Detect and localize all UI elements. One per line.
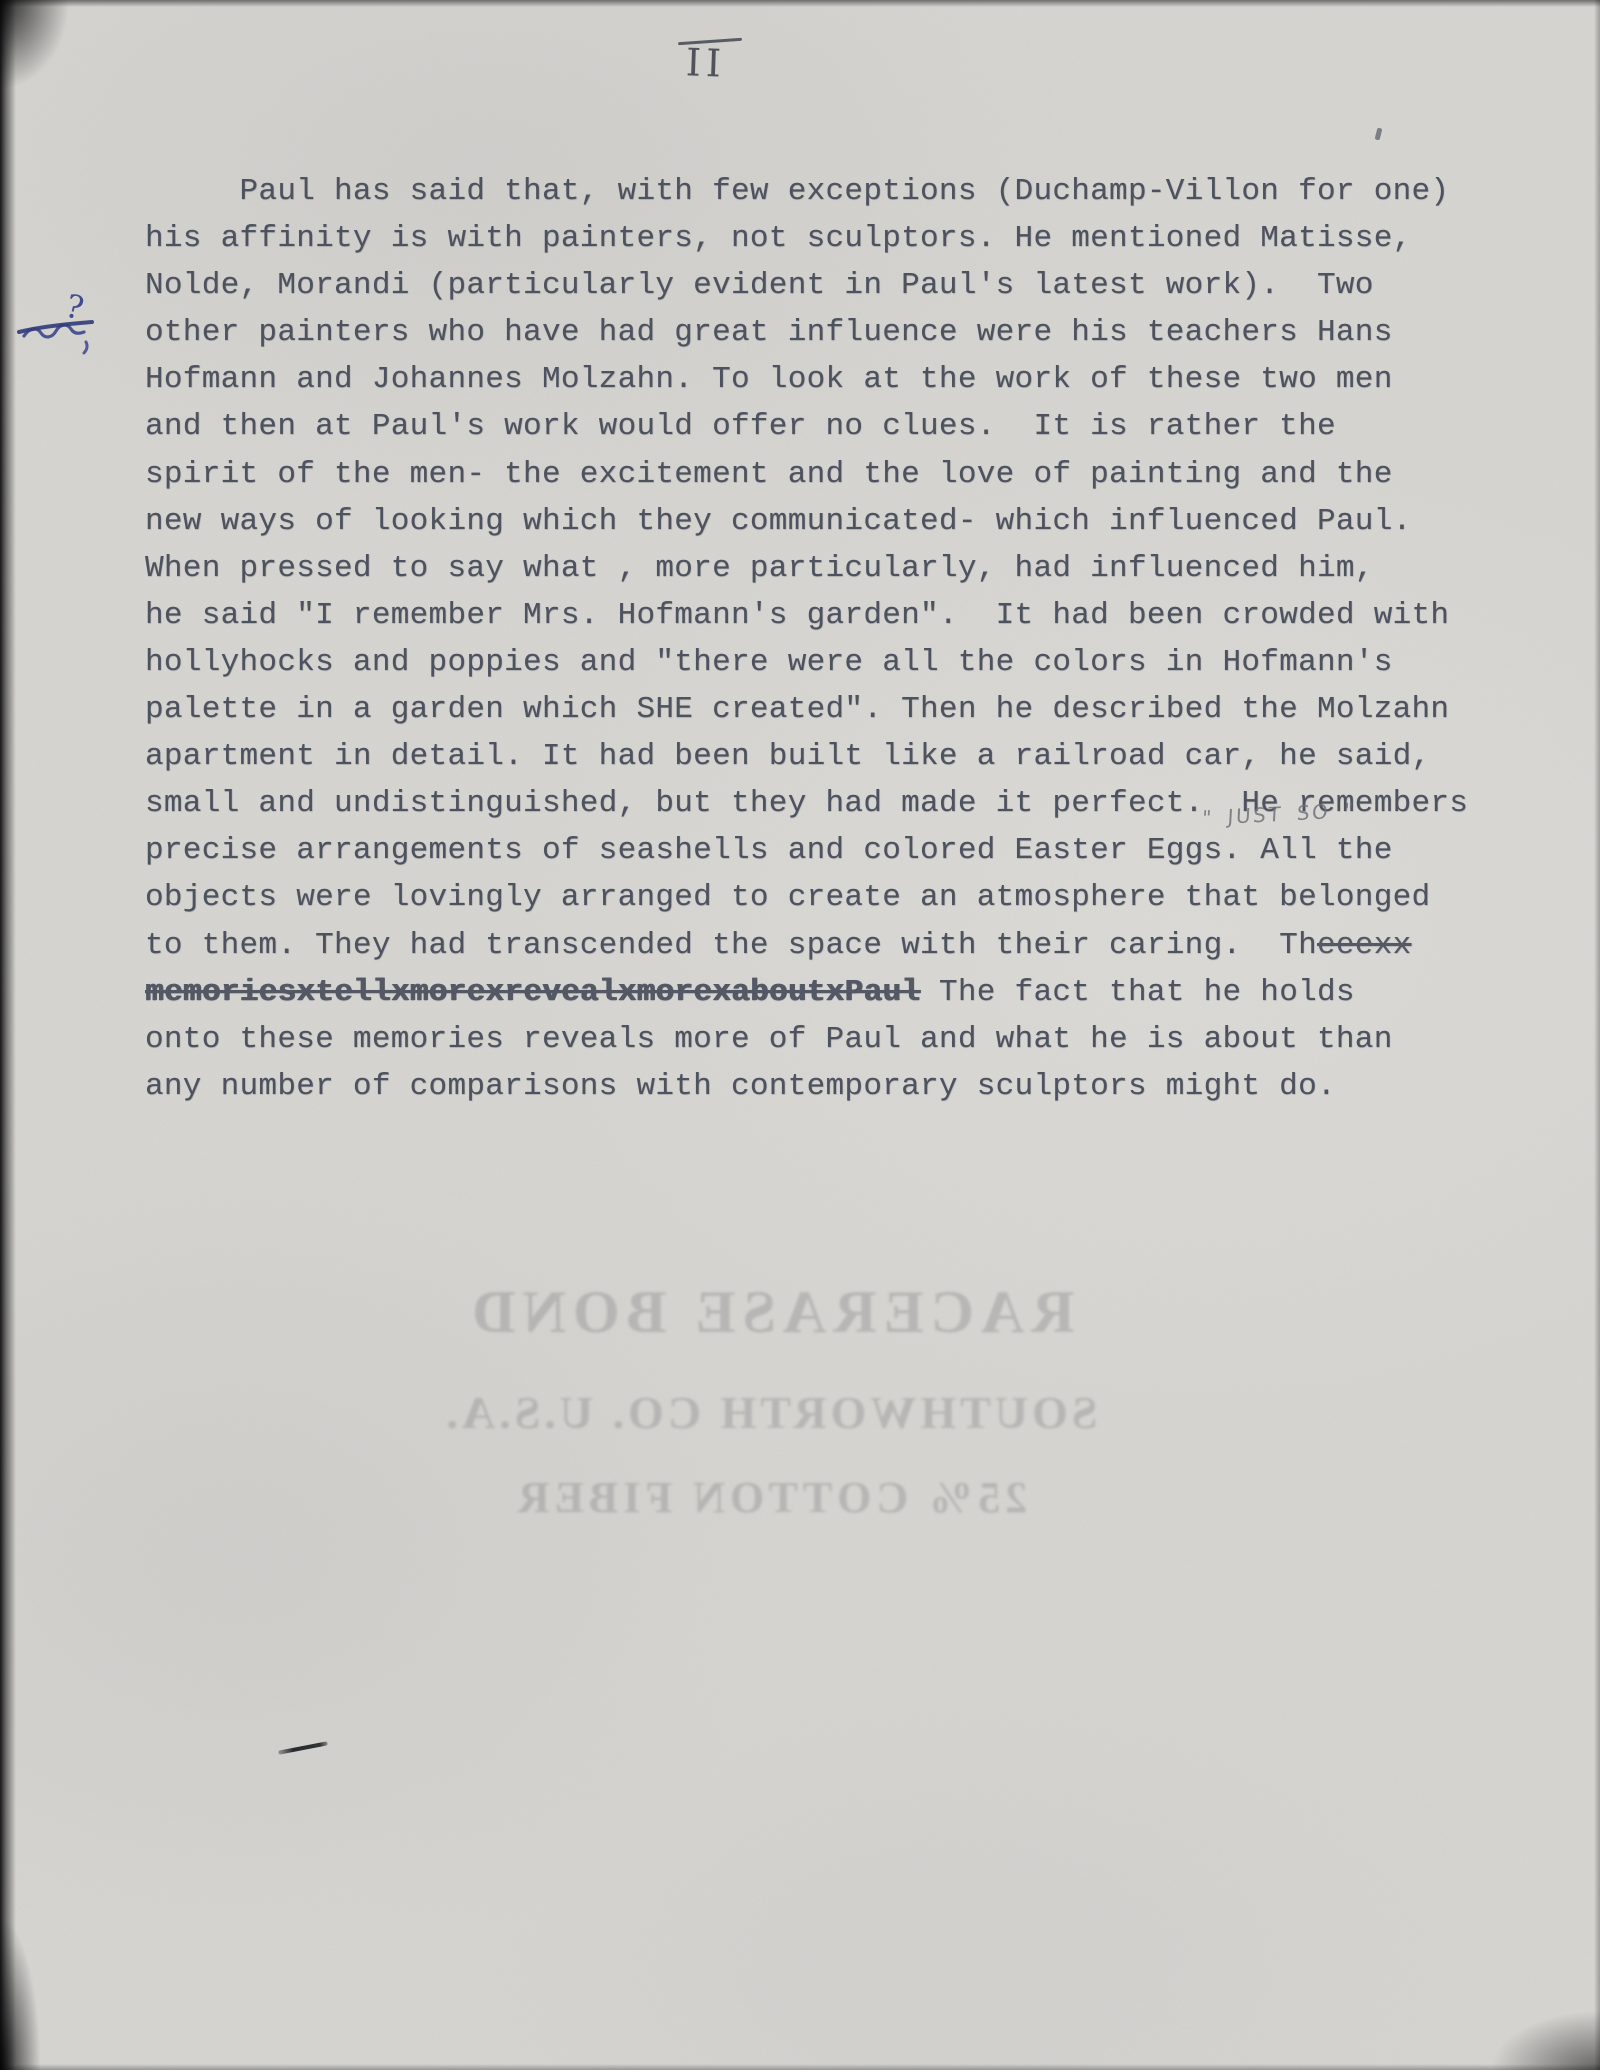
paper-watermark: RACERASE BONDSOUTHWORTH CO. U.S.A.25% CO… xyxy=(420,1282,1120,1520)
typed-line: onto these memories reveals more of Paul… xyxy=(145,1016,1505,1063)
typed-text: Nolde, Morandi (particularly evident in … xyxy=(145,268,1374,303)
scan-edge-top xyxy=(0,0,1600,7)
page-number-text: II xyxy=(685,43,726,82)
ink-speck xyxy=(1375,128,1383,141)
struck-out-text: eeexx xyxy=(1317,928,1412,963)
scan-edge-left xyxy=(0,0,16,2070)
typed-line: and then at Paul's work would offer no c… xyxy=(145,403,1505,450)
typed-text: precise arrangements of seashells and co… xyxy=(145,833,1393,868)
typed-line: apartment in detail. It had been built l… xyxy=(145,733,1505,780)
typed-text: other painters who have had great influe… xyxy=(145,315,1393,350)
body-text: Paul has said that, with few exceptions … xyxy=(145,168,1505,1110)
scan-corner-bottom-left xyxy=(0,1920,40,2070)
pencil-dash-mark xyxy=(278,1741,328,1754)
scanned-document-page: II ? Paul has said that, with few except… xyxy=(0,0,1600,2070)
typed-text: palette in a garden which SHE created". … xyxy=(145,692,1449,727)
typed-text: and then at Paul's work would offer no c… xyxy=(145,409,1336,444)
watermark-line: 25% COTTON FIBER xyxy=(420,1476,1120,1520)
typed-text: hollyhocks and poppies and "there were a… xyxy=(145,645,1393,680)
typed-line: precise arrangements of seashells and co… xyxy=(145,827,1505,874)
typed-text: apartment in detail. It had been built l… xyxy=(145,739,1430,774)
typed-line: spirit of the men- the excitement and th… xyxy=(145,451,1505,498)
typed-line: Paul has said that, with few exceptions … xyxy=(145,168,1505,215)
struck-out-text: memoriesxtellxmorexrevealxmorexaboutxPau… xyxy=(145,975,920,1010)
typed-text: new ways of looking which they communica… xyxy=(145,504,1412,539)
typed-line: palette in a garden which SHE created". … xyxy=(145,686,1505,733)
typed-line: to them. They had transcended the space … xyxy=(145,922,1505,969)
typed-text: objects were lovingly arranged to create… xyxy=(145,880,1430,915)
page-number: II xyxy=(676,36,756,100)
typed-text: When pressed to say what , more particul… xyxy=(145,551,1374,586)
typed-text: onto these memories reveals more of Paul… xyxy=(145,1022,1393,1057)
typed-line: When pressed to say what , more particul… xyxy=(145,545,1505,592)
typed-line: objects were lovingly arranged to create… xyxy=(145,874,1505,921)
typed-text: his affinity is with painters, not sculp… xyxy=(145,221,1412,256)
scan-edge-bottom xyxy=(0,2064,1600,2070)
crossed-out-scribble xyxy=(14,296,114,366)
typed-line: his affinity is with painters, not sculp… xyxy=(145,215,1505,262)
typed-text: Hofmann and Johannes Molzahn. To look at… xyxy=(145,362,1393,397)
scan-edge-right xyxy=(1594,0,1600,2070)
scan-corner-top-left xyxy=(0,0,70,90)
scan-corner-bottom-right xyxy=(1490,2010,1600,2070)
typed-text: The fact that he holds xyxy=(920,975,1355,1010)
typed-line: new ways of looking which they communica… xyxy=(145,498,1505,545)
typed-line: Hofmann and Johannes Molzahn. To look at… xyxy=(145,356,1505,403)
typed-text: to them. They had transcended the space … xyxy=(145,928,1317,963)
typed-line: memoriesxtellxmorexrevealxmorexaboutxPau… xyxy=(145,969,1505,1016)
typed-line: Nolde, Morandi (particularly evident in … xyxy=(145,262,1505,309)
typed-text: any number of comparisons with contempor… xyxy=(145,1069,1336,1104)
watermark-line: SOUTHWORTH CO. U.S.A. xyxy=(420,1390,1120,1436)
typed-text: Paul has said that, with few exceptions … xyxy=(145,174,1449,209)
typed-line: he said "I remember Mrs. Hofmann's garde… xyxy=(145,592,1505,639)
typed-text: spirit of the men- the excitement and th… xyxy=(145,457,1393,492)
typed-line: hollyhocks and poppies and "there were a… xyxy=(145,639,1505,686)
typed-text: he said "I remember Mrs. Hofmann's garde… xyxy=(145,598,1449,633)
typed-line: other painters who have had great influe… xyxy=(145,309,1505,356)
watermark-line: RACERASE BOND xyxy=(420,1282,1120,1342)
typed-line: any number of comparisons with contempor… xyxy=(145,1063,1505,1110)
